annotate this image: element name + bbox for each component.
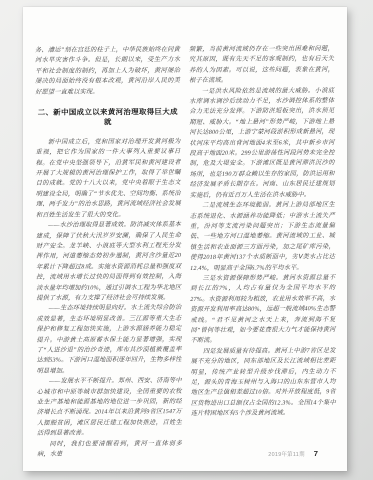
body-paragraph: ——水沙治理取得显著成效。防洪减灾体系基本建成，保障了伏秋大汛岁岁安澜，确保了人… <box>36 220 181 304</box>
body-paragraph: 四是发展质量有待提高。黄河上中游7省区是发展不充分的地区，同东部地区及长江流域相… <box>191 346 336 420</box>
journal-issue-label: 2019年第11期 <box>268 450 304 458</box>
body-paragraph: 同时，我们也要清醒看到，黄河一直体弱多病，水患 <box>37 439 182 461</box>
two-column-layout: 务、漕运”刻在宫廷的柱子上，中华民族始终在同黄河水旱灾害作斗争。但是，长期以来，… <box>35 44 336 442</box>
left-column: 务、漕运”刻在宫廷的柱子上，中华民族始终在同黄河水旱灾害作斗争。但是，长期以来，… <box>35 45 182 442</box>
body-paragraph: 新中国成立后，党和国家对治理开发黄河极为重视，把它作为国家的一件大事列入重要议事… <box>35 137 180 221</box>
body-paragraph: ——生态环境持续明显向好。水土流失综合防治成效显著，生态环境明显改善。三江源等重… <box>36 303 181 377</box>
body-paragraph: ——发展水平不断提升。郑州、西安、济南等中心城市和中原等城市群加快建设，全国重要… <box>37 376 182 439</box>
body-paragraph: 三是水资源保障形势严峻。黄河水资源总量不到长江的7%，人均占有量仅为全国平均水平… <box>190 273 335 347</box>
body-paragraph: 一是洪水风险依然是流域的最大威胁。小浪底水库调水调沙后续动力不足，水沙调控体系的… <box>189 86 335 201</box>
page-content: 务、漕运”刻在宫廷的柱子上，中华民族始终在同黄河水旱灾害作斗争。但是，长期以来，… <box>35 44 336 442</box>
page-footer: 2019年第11期 7 <box>268 449 318 458</box>
section-heading: 二、新中国成立以来黄河治理取得巨大成就 <box>35 107 180 129</box>
right-column: 频繁，当前黄河流域仍存在一些突出困难和问题，究其原因，既有先天不足的客观制约，也… <box>189 44 336 441</box>
body-paragraph-continued: 务、漕运”刻在宫廷的柱子上，中华民族始终在同黄河水旱灾害作斗争。但是，长期以来，… <box>35 45 180 98</box>
body-paragraph-continued: 频繁，当前黄河流域仍存在一些突出困难和问题，究其原因，既有先天不足的客观制约，也… <box>189 44 334 86</box>
body-paragraph: 二是流域生态环境脆弱。黄河上游局部地区生态系统退化、水源涵养功能降低；中游水土流… <box>190 200 335 274</box>
page-number: 7 <box>314 449 318 458</box>
document-page: 务、漕运”刻在宫廷的柱子上，中华民族始终在同黄河水旱灾害作斗争。但是，长期以来，… <box>23 7 347 471</box>
